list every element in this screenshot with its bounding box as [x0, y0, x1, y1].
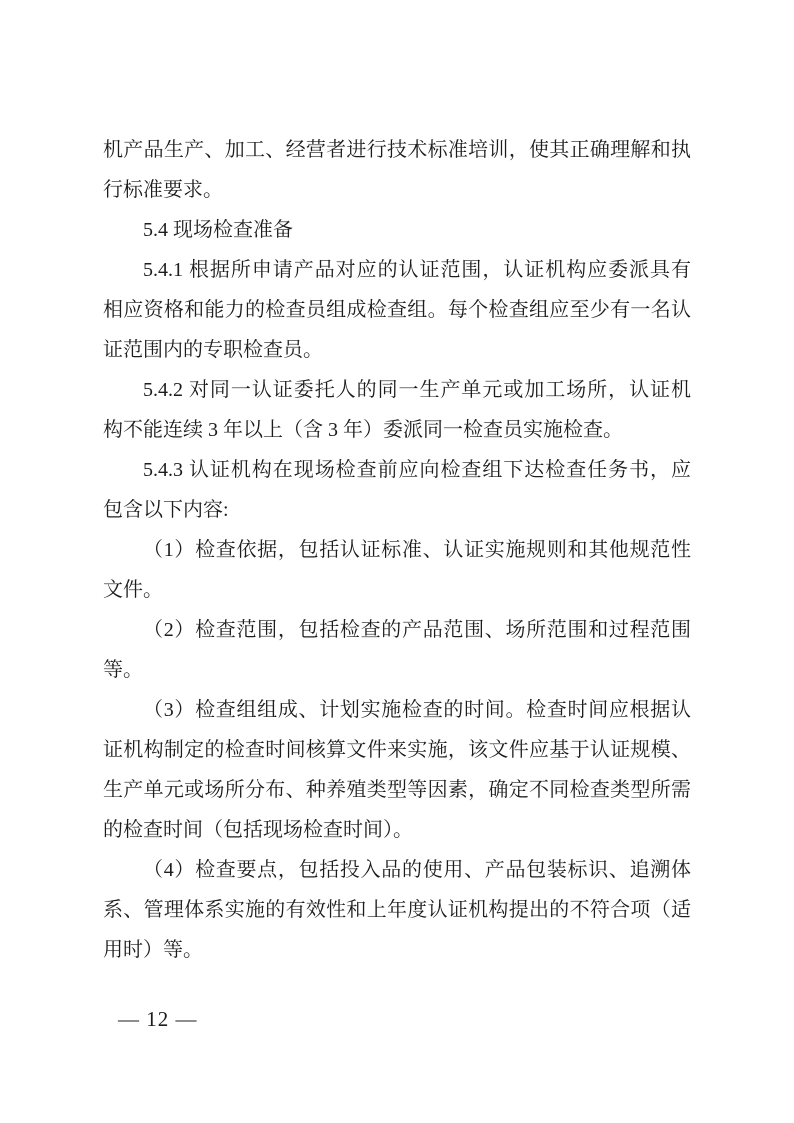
- text-line: 构不能连续 3 年以上（含 3 年）委派同一检查员实施检查。: [103, 410, 691, 450]
- text-line: 的检查时间（包括现场检查时间）。: [103, 810, 691, 850]
- section-heading-5-4: 5.4 现场检查准备: [103, 210, 691, 250]
- text-line: 文件。: [103, 570, 691, 610]
- text-line: （1）检查依据，包括认证标准、认证实施规则和其他规范性: [103, 530, 691, 570]
- text-line: 5.4.3 认证机构在现场检查前应向检查组下达检查任务书，应: [103, 450, 691, 490]
- text-line: 5.4.1 根据所申请产品对应的认证范围，认证机构应委派具有: [103, 250, 691, 290]
- text-line: 机产品生产、加工、经营者进行技术标准培训，使其正确理解和执: [103, 130, 691, 170]
- paragraph-continuation: 机产品生产、加工、经营者进行技术标准培训，使其正确理解和执行标准要求。: [103, 130, 691, 210]
- list-item-2: （2）检查范围，包括检查的产品范围、场所范围和过程范围等。: [103, 610, 691, 690]
- document-body: 机产品生产、加工、经营者进行技术标准培训，使其正确理解和执行标准要求。5.4 现…: [103, 130, 691, 970]
- text-line: 用时）等。: [103, 930, 691, 970]
- text-line: （3）检查组组成、计划实施检查的时间。检查时间应根据认: [103, 690, 691, 730]
- page-number: — 12 —: [118, 1002, 198, 1036]
- list-item-3: （3）检查组组成、计划实施检查的时间。检查时间应根据认证机构制定的检查时间核算文…: [103, 690, 691, 850]
- text-line: （4）检查要点，包括投入品的使用、产品包装标识、追溯体: [103, 850, 691, 890]
- list-item-4: （4）检查要点，包括投入品的使用、产品包装标识、追溯体系、管理体系实施的有效性和…: [103, 850, 691, 970]
- text-line: 行标准要求。: [103, 170, 691, 210]
- document-page: 机产品生产、加工、经营者进行技术标准培训，使其正确理解和执行标准要求。5.4 现…: [0, 0, 794, 1123]
- text-line: 生产单元或场所分布、种养殖类型等因素，确定不同检查类型所需: [103, 770, 691, 810]
- paragraph-5-4-2: 5.4.2 对同一认证委托人的同一生产单元或加工场所，认证机构不能连续 3 年以…: [103, 370, 691, 450]
- text-line: 包含以下内容:: [103, 490, 691, 530]
- text-line: 5.4 现场检查准备: [103, 210, 691, 250]
- text-line: （2）检查范围，包括检查的产品范围、场所范围和过程范围: [103, 610, 691, 650]
- text-line: 相应资格和能力的检查员组成检查组。每个检查组应至少有一名认: [103, 290, 691, 330]
- text-line: 证范围内的专职检查员。: [103, 330, 691, 370]
- text-line: 等。: [103, 650, 691, 690]
- paragraph-5-4-1: 5.4.1 根据所申请产品对应的认证范围，认证机构应委派具有相应资格和能力的检查…: [103, 250, 691, 370]
- paragraph-5-4-3: 5.4.3 认证机构在现场检查前应向检查组下达检查任务书，应包含以下内容:: [103, 450, 691, 530]
- text-line: 证机构制定的检查时间核算文件来实施，该文件应基于认证规模、: [103, 730, 691, 770]
- list-item-1: （1）检查依据，包括认证标准、认证实施规则和其他规范性文件。: [103, 530, 691, 610]
- text-line: 系、管理体系实施的有效性和上年度认证机构提出的不符合项（适: [103, 890, 691, 930]
- text-line: 5.4.2 对同一认证委托人的同一生产单元或加工场所，认证机: [103, 370, 691, 410]
